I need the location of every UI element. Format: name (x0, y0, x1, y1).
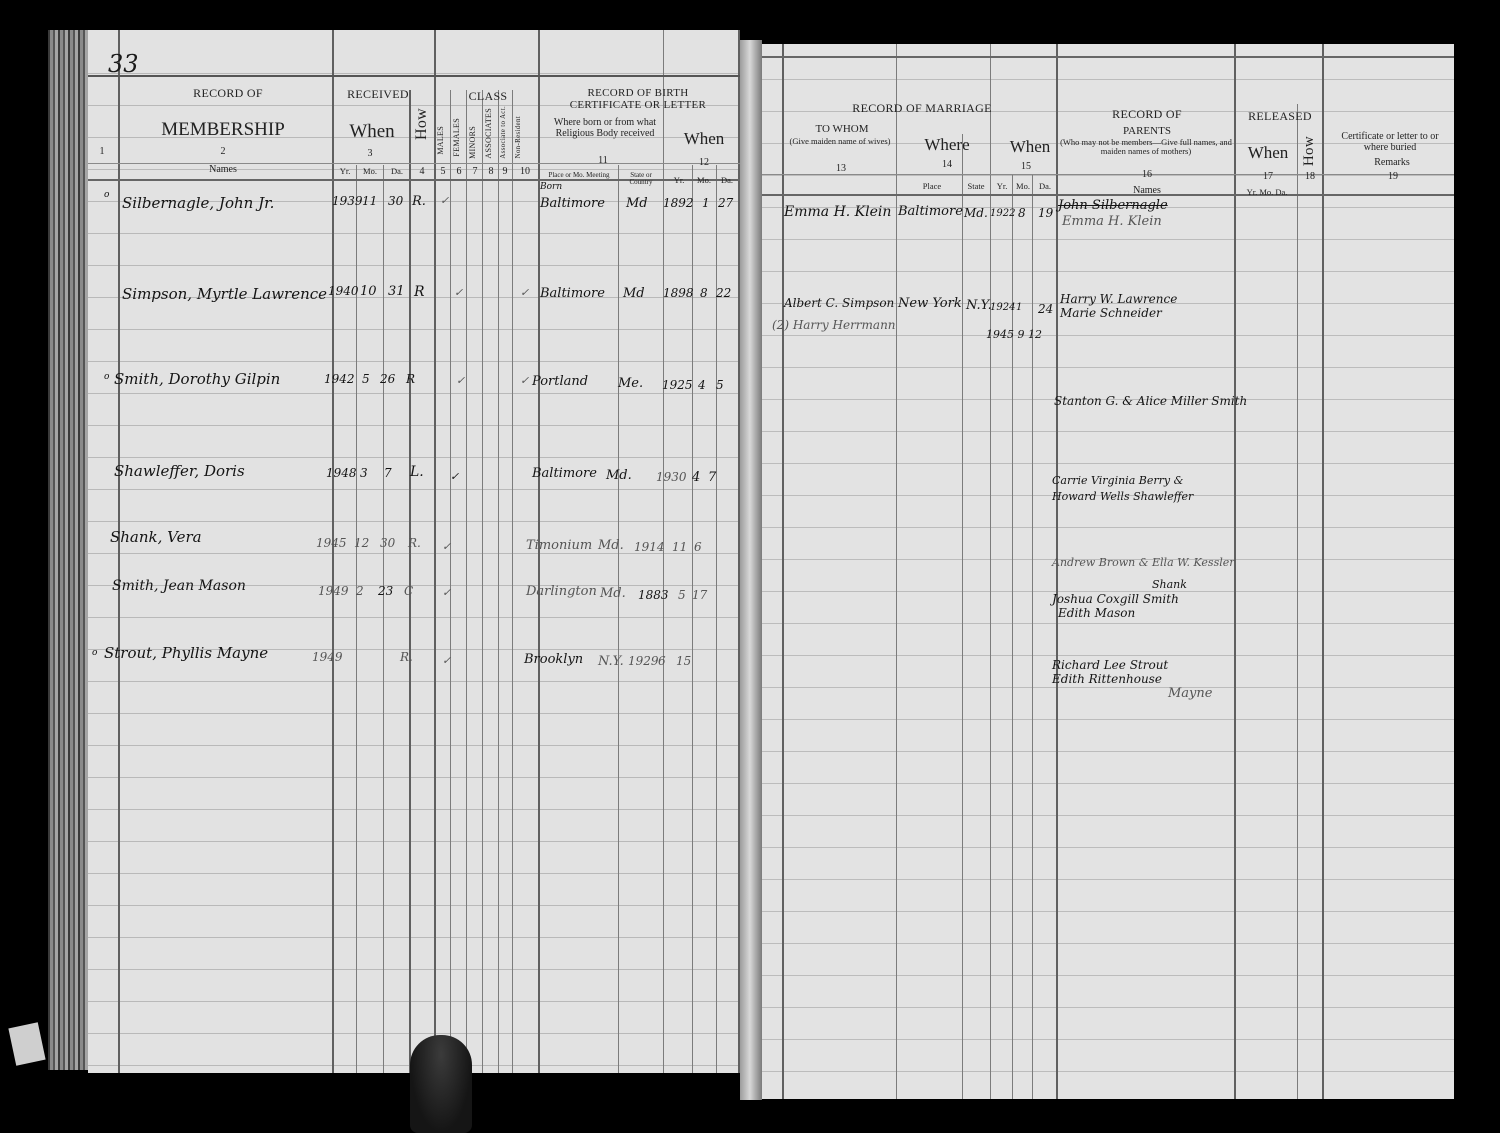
header-remarks-1: Certificate or letter to or where buried (1334, 132, 1446, 153)
rule (782, 44, 784, 1099)
col-state-country: State or Country (620, 172, 662, 187)
left-page: RECORD OF MEMBERSHIP 1 2 Names RECEIVED … (88, 30, 740, 1073)
rule (1322, 44, 1324, 1099)
class-non-resident: Non-Resident (515, 116, 522, 158)
col-rel-ymd: Yr. Mo. Da. (1236, 188, 1298, 197)
col-num-16: 16 (1132, 170, 1162, 181)
entry-birth-place: Brooklyn (524, 652, 583, 667)
header-class: CLASS (438, 90, 538, 103)
rule (716, 165, 717, 1073)
entry-birth-place: Darlington (526, 584, 597, 599)
entry-how: R (414, 284, 425, 300)
header-released-how: How (1302, 136, 1318, 166)
entry-how: R (406, 372, 415, 386)
header-marriage: RECORD OF MARRIAGE (822, 102, 1022, 115)
rule (88, 75, 740, 77)
entry-rec-yr: 1948 (326, 466, 357, 480)
entry-nonres-check: ✓ (520, 374, 529, 387)
entry-parents-line1: John Silbernagle (1058, 198, 1168, 213)
entry-rec-da: 23 (378, 584, 393, 598)
entry-mark: o (104, 190, 109, 200)
entry-parents-line2: Emma H. Klein (1062, 214, 1162, 229)
entry-mark: o (92, 648, 97, 658)
entry-rec-da: 30 (388, 194, 403, 208)
entry-name: Simpson, Myrtle Lawrence (122, 285, 327, 303)
entry-birth-place: Portland (532, 374, 588, 389)
rule (692, 165, 693, 1073)
header-where-born: Where born or from what Religious Body r… (550, 118, 660, 139)
col-num-15: 15 (1016, 162, 1036, 173)
entry-birth-place: Timonium (526, 538, 592, 553)
entry-birth-mo: 11 (672, 540, 687, 554)
entry-parents-line2: Marie Schneider (1060, 306, 1162, 320)
entry-birth-da: 7 (708, 470, 716, 485)
entry-rec-yr: 1939 (332, 194, 363, 208)
entry-birth-yr: 1892 (663, 196, 694, 210)
class-females: FEMALES (453, 118, 461, 157)
entry-parents-note: Shank (1152, 578, 1187, 591)
page-edges-stack (48, 30, 90, 1070)
entry-class-check: ✓ (450, 470, 459, 483)
book-gutter (740, 40, 762, 1100)
entry-parents-line1: Stanton G. & Alice Miller Smith (1054, 394, 1247, 408)
col-marr-yr: Yr. (992, 182, 1012, 191)
header-birth-when: When (674, 130, 734, 148)
entry-rec-yr: 1942 (324, 372, 355, 386)
header-to-whom: TO WHOM (792, 124, 892, 136)
entry-rec-mo: 2 (356, 584, 364, 598)
entry-class-check: ✓ (456, 374, 465, 387)
header-membership: MEMBERSHIP (128, 120, 318, 140)
paper-tab (8, 1022, 45, 1065)
header-received-when: When (340, 122, 404, 142)
entry-birth-mo: 8 (700, 286, 708, 300)
col-num-9: 9 (498, 167, 512, 178)
entry-how: R. (408, 536, 421, 550)
header-released: RELEASED (1240, 110, 1320, 123)
col-parent-names: Names (1112, 186, 1182, 197)
entry-rec-mo: 5 (362, 372, 370, 386)
rule (618, 165, 619, 1073)
entry-birth-place: Baltimore (532, 466, 597, 481)
entry-birth-mo: 4 (698, 378, 706, 392)
rule (1032, 174, 1033, 1099)
col-num-13: 13 (826, 164, 856, 175)
col-num-8: 8 (484, 167, 498, 178)
class-males: MALES (437, 126, 445, 155)
col-num-2: 2 (208, 147, 238, 158)
entry-birth-state: Md (623, 286, 645, 301)
col-names: Names (188, 165, 258, 176)
entry-birth-yr: 1914 (634, 540, 665, 554)
col-place: Place or Mo. Meeting (540, 172, 618, 179)
entry-rec-mo: 11 (362, 194, 377, 208)
col-mo: Mo. (358, 167, 382, 176)
rule (762, 56, 1454, 58)
entry-marr-place: Baltimore (898, 204, 963, 219)
entry-rec-da: 31 (388, 284, 405, 299)
entry-class-check: ✓ (442, 540, 451, 553)
entry-birth-da: 6 (694, 540, 702, 554)
entry-class-check: ✓ (442, 654, 451, 667)
page-number: 33 (108, 50, 139, 78)
entry-birth-mo: 4 (692, 470, 700, 485)
rule (466, 90, 467, 1073)
col-num-18: 18 (1300, 172, 1320, 183)
rule (1297, 104, 1298, 1099)
entry-marr-state: Md. (964, 206, 988, 220)
col-num-3: 3 (360, 149, 380, 160)
rule (762, 194, 1454, 196)
entry-birth-yr: 1898 (663, 286, 694, 300)
entry-name: Shawleffer, Doris (114, 462, 245, 480)
col-num-12: 12 (694, 158, 714, 169)
col-birth-yr: Yr. (666, 176, 692, 185)
header-parents-note: (Who may not be members—Give full names,… (1058, 138, 1234, 156)
rule (990, 44, 991, 1099)
header-birth-1: RECORD OF BIRTH (548, 88, 728, 100)
entry-rec-mo: 12 (354, 536, 369, 550)
rule (450, 90, 451, 1073)
entry-birth-da: 22 (716, 286, 731, 300)
rule (1234, 44, 1236, 1099)
entry-parents-line3: Edith Mason (1058, 606, 1135, 620)
rule (383, 165, 384, 1073)
header-marr-when: When (998, 138, 1062, 156)
class-associates: ASSOCIATES (485, 108, 493, 159)
entry-birth-yr: 1925 (662, 378, 693, 392)
entry-parents-line2: Howard Wells Shawleffer (1052, 490, 1193, 503)
entry-rec-da: 7 (384, 466, 392, 480)
entry-class-check: ✓ (454, 286, 463, 299)
entry-how: R. (412, 194, 426, 209)
col-birth-da: Da. (716, 176, 738, 185)
col-num-10: 10 (513, 167, 537, 178)
entry-birth-yr: 1883 (638, 588, 669, 602)
rule (434, 30, 436, 1073)
entry-rec-yr: 1949 (318, 584, 349, 598)
entry-marr-da: 19 (1038, 206, 1053, 220)
entry-birth-state: Me. (618, 376, 643, 391)
header-parents: PARENTS (1062, 126, 1232, 138)
entry-birth-place: Baltimore (540, 196, 605, 211)
header-birth-2: CERTIFICATE OR LETTER (543, 100, 733, 112)
entry-class-check: ✓ (442, 586, 451, 599)
rule (409, 90, 411, 1073)
entry-rec-da: 30 (380, 536, 395, 550)
col-yr: Yr. (334, 167, 356, 176)
entry-parents-line1: Carrie Virginia Berry & (1052, 474, 1183, 487)
col-num-14: 14 (932, 160, 962, 171)
entry-birth-yr: 1930 (656, 470, 687, 484)
entry-name: Strout, Phyllis Mayne (104, 644, 268, 662)
entry-birth-place: Baltimore (540, 286, 605, 301)
entry-name: Silbernagle, John Jr. (122, 194, 274, 212)
thumb-holding-book (410, 1035, 472, 1133)
entry-rec-da: 26 (380, 372, 395, 386)
entry-parents-line2: Joshua Coxgill Smith (1052, 592, 1179, 606)
entry-birth-state: Md. (598, 538, 624, 553)
entry-birth-state: Md. (600, 586, 626, 601)
entry-birth-mo: 6 (658, 654, 666, 668)
col-num-7: 7 (468, 167, 482, 178)
header-received: RECEIVED (338, 88, 418, 101)
entry-birth-state: Md. (606, 468, 632, 483)
entry-birth-mo: 5 (678, 588, 686, 602)
entry-marr-da: 24 (1038, 302, 1053, 316)
entry-spouse: Albert C. Simpson (784, 296, 894, 310)
entry-mark: o (104, 372, 109, 382)
col-num-11: 11 (588, 156, 618, 167)
entry-spouse: Emma H. Klein (784, 204, 891, 220)
rule (356, 165, 357, 1073)
entry-birth-da: 15 (676, 654, 691, 668)
class-associate-to-act: Associate to Act. (500, 106, 507, 159)
header-record-of-parents: RECORD OF (1062, 108, 1232, 121)
entry-birth-da: 17 (692, 588, 707, 602)
entry-rec-yr: 1945 (316, 536, 347, 550)
entry-marr-place: New York (898, 296, 962, 311)
entry-rec-yr: 1940 (328, 284, 359, 298)
col-num-19: 19 (1378, 172, 1408, 183)
col-da: Da. (385, 167, 409, 176)
entry-marr-2: 1945 9 12 (986, 328, 1042, 341)
entry-spouse-2: (2) Harry Herrmann (772, 318, 896, 332)
entry-parents-line1: Richard Lee Strout (1052, 658, 1168, 672)
entry-marr-state: N.Y. (966, 298, 992, 313)
rule (498, 90, 499, 1073)
header-where: Where (902, 136, 992, 154)
entry-nonres-check: ✓ (520, 286, 529, 299)
col-num-5: 5 (436, 167, 450, 178)
col-num-17: 17 (1254, 172, 1282, 183)
col-marr-place: Place (912, 182, 952, 191)
entry-parents-line1: Harry W. Lawrence (1060, 292, 1177, 306)
entry-parents-line1: Andrew Brown & Ella W. Kessler (1052, 556, 1235, 569)
col-num-1: 1 (92, 147, 112, 158)
entry-how: L. (410, 464, 424, 480)
header-record-of: RECORD OF (148, 87, 308, 100)
entry-rec-yr: 1949 (312, 650, 343, 664)
right-page: RECORD OF MARRIAGE TO WHOM (Give maiden … (762, 44, 1454, 1099)
entry-parents-line2: Edith Rittenhouse (1052, 672, 1162, 686)
entry-marr-mo: 8 (1018, 206, 1026, 220)
entry-rec-mo: 10 (360, 284, 377, 299)
entry-name: Smith, Dorothy Gilpin (114, 370, 280, 388)
header-how: How (414, 108, 431, 140)
entry-birth-da: 5 (716, 378, 724, 392)
class-minors: MINORS (469, 126, 477, 159)
entry-marr-mo: 1 (1016, 302, 1022, 313)
header-released-when: When (1240, 144, 1296, 162)
entry-rec-mo: 3 (360, 466, 368, 480)
entry-how: R. (400, 650, 413, 664)
col-num-6: 6 (452, 167, 466, 178)
rule (512, 90, 513, 1073)
entry-birth-state: N.Y. (598, 654, 624, 669)
entry-parents-line3: Mayne (1168, 686, 1212, 701)
header-remarks-2: Remarks (1362, 158, 1422, 169)
col-marr-mo: Mo. (1012, 182, 1034, 191)
entry-marr-yr: 1924 (990, 302, 1015, 313)
entry-name: Smith, Jean Mason (112, 578, 246, 594)
rule (896, 44, 897, 1099)
entry-birth-da: 27 (718, 196, 733, 210)
entry-born-note: Born (540, 182, 562, 192)
entry-class-check: ✓ (440, 194, 449, 207)
rule (88, 163, 740, 164)
rule (762, 174, 1454, 175)
entry-birth-state: Md (626, 196, 648, 211)
rule (118, 30, 120, 1073)
entry-name: Shank, Vera (110, 528, 202, 546)
col-marr-state: State (962, 182, 990, 191)
col-num-4: 4 (412, 167, 432, 178)
entry-birth-yr: 1929 (628, 654, 659, 668)
entry-how: C (404, 584, 413, 598)
col-marr-da: Da. (1034, 182, 1056, 191)
entry-marr-yr: 1922 (990, 208, 1015, 219)
header-to-whom-note: (Give maiden name of wives) (786, 137, 894, 146)
rule (482, 90, 483, 1073)
rule (962, 134, 963, 1099)
rule (332, 30, 334, 1073)
col-birth-mo: Mo. (692, 176, 716, 185)
entry-birth-mo: 1 (702, 196, 710, 210)
